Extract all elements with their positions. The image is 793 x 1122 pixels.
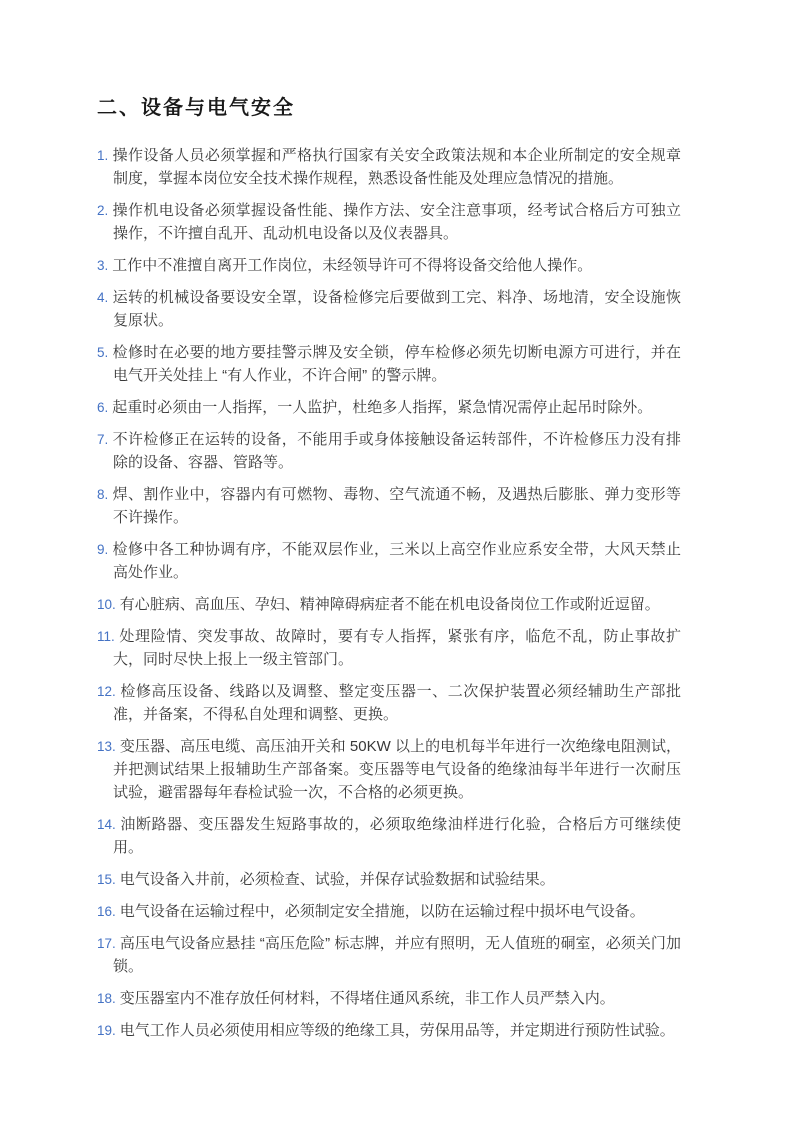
section-title: 二、设备与电气安全 [97, 95, 793, 121]
list-item: 16.电气设备在运输过程中，必须制定安全措施，以防在运输过程中损坏电气设备。 [97, 900, 681, 923]
item-number: 14. [97, 817, 116, 832]
item-number: 11. [97, 629, 115, 644]
item-number: 17. [97, 936, 116, 951]
list-item: 19.电气工作人员必须使用相应等级的绝缘工具，劳保用品等，并定期进行预防性试验。 [97, 1019, 681, 1042]
document-page: 二、设备与电气安全 1.操作设备人员必须掌握和严格执行国家有关安全政策法规和本企… [0, 0, 793, 1122]
item-text: 起重时必须由一人指挥，一人监护，杜绝多人指挥，紧急情况需停止起吊时除外。 [112, 399, 652, 416]
item-text: 变压器室内不准存放任何材料，不得堵住通风系统，非工作人员严禁入内。 [120, 990, 615, 1007]
item-text: 处理险情、突发事故、故障时，要有专人指挥，紧张有序，临危不乱，防止事故扩大，同时… [113, 628, 681, 668]
item-number: 7. [97, 432, 108, 447]
item-text: 电气设备在运输过程中，必须制定安全措施，以防在运输过程中损坏电气设备。 [120, 903, 645, 920]
item-number: 13. [97, 739, 116, 754]
item-number: 1. [97, 148, 108, 163]
item-text: 高压电气设备应悬挂 “高压危险” 标志牌，并应有照明，无人值班的硐室，必须关门加… [113, 935, 681, 975]
list-item: 14.油断路器、变压器发生短路事故的，必须取绝缘油样进行化验，合格后方可继续使用… [97, 813, 681, 859]
item-number: 5. [97, 345, 108, 360]
item-text: 电气设备入井前，必须检查、试验，并保存试验数据和试验结果。 [120, 871, 555, 888]
list-item: 9.检修中各工种协调有序，不能双层作业，三米以上高空作业应系安全带，大风天禁止高… [97, 538, 681, 584]
list-item: 2.操作机电设备必须掌握设备性能、操作方法、安全注意事项，经考试合格后方可独立操… [97, 199, 681, 245]
item-text: 操作机电设备必须掌握设备性能、操作方法、安全注意事项，经考试合格后方可独立操作，… [112, 202, 681, 242]
list-item: 8.焊、割作业中，容器内有可燃物、毒物、空气流通不畅，及遇热后膨胀、弹力变形等不… [97, 483, 681, 529]
item-text: 电气工作人员必须使用相应等级的绝缘工具，劳保用品等，并定期进行预防性试验。 [120, 1022, 675, 1039]
item-text: 检修时在必要的地方要挂警示牌及安全锁，停车检修必须先切断电源方可进行，并在电气开… [112, 344, 681, 384]
item-number: 19. [97, 1023, 116, 1038]
list-item: 12.检修高压设备、线路以及调整、整定变压器一、二次保护装置必须经辅助生产部批准… [97, 680, 681, 726]
item-number: 6. [97, 400, 108, 415]
list-item: 11.处理险情、突发事故、故障时，要有专人指挥，紧张有序，临危不乱，防止事故扩大… [97, 625, 681, 671]
item-text: 焊、割作业中，容器内有可燃物、毒物、空气流通不畅，及遇热后膨胀、弹力变形等不许操… [112, 486, 681, 526]
item-number: 18. [97, 991, 116, 1006]
item-text: 工作中不准擅自离开工作岗位，未经领导许可不得将设备交给他人操作。 [112, 257, 592, 274]
list-item: 6.起重时必须由一人指挥，一人监护，杜绝多人指挥，紧急情况需停止起吊时除外。 [97, 396, 681, 419]
item-text: 操作设备人员必须掌握和严格执行国家有关安全政策法规和本企业所制定的安全规章制度，… [112, 147, 681, 187]
item-number: 9. [97, 542, 108, 557]
item-number: 16. [97, 904, 116, 919]
list-item: 4.运转的机械设备要设安全罩，设备检修完后要做到工完、料净、场地清，安全设施恢复… [97, 286, 681, 332]
item-text: 检修高压设备、线路以及调整、整定变压器一、二次保护装置必须经辅助生产部批准，并备… [113, 683, 681, 723]
list-item: 1.操作设备人员必须掌握和严格执行国家有关安全政策法规和本企业所制定的安全规章制… [97, 144, 681, 190]
list-item: 10.有心脏病、高血压、孕妇、精神障碍病症者不能在机电设备岗位工作或附近逗留。 [97, 593, 681, 616]
list-item: 3.工作中不准擅自离开工作岗位，未经领导许可不得将设备交给他人操作。 [97, 254, 681, 277]
item-text: 油断路器、变压器发生短路事故的，必须取绝缘油样进行化验，合格后方可继续使用。 [113, 816, 681, 856]
item-number: 4. [97, 290, 108, 305]
item-text: 变压器、高压电缆、高压油开关和 50KW 以上的电机每半年进行一次绝缘电阻测试，… [113, 738, 681, 801]
item-text: 运转的机械设备要设安全罩，设备检修完后要做到工完、料净、场地清，安全设施恢复原状… [112, 289, 681, 329]
item-text: 有心脏病、高血压、孕妇、精神障碍病症者不能在机电设备岗位工作或附近逗留。 [120, 596, 660, 613]
list-item: 15.电气设备入井前，必须检查、试验，并保存试验数据和试验结果。 [97, 868, 681, 891]
list-item: 17.高压电气设备应悬挂 “高压危险” 标志牌，并应有照明，无人值班的硐室，必须… [97, 932, 681, 978]
item-number: 8. [97, 487, 108, 502]
list-item: 7.不许检修正在运转的设备，不能用手或身体接触设备运转部件，不许检修压力没有排除… [97, 428, 681, 474]
numbered-list: 1.操作设备人员必须掌握和严格执行国家有关安全政策法规和本企业所制定的安全规章制… [97, 144, 681, 1042]
item-text: 不许检修正在运转的设备，不能用手或身体接触设备运转部件，不许检修压力没有排除的设… [112, 431, 681, 471]
item-text: 检修中各工种协调有序，不能双层作业，三米以上高空作业应系安全带，大风天禁止高处作… [112, 541, 681, 581]
list-item: 5.检修时在必要的地方要挂警示牌及安全锁，停车检修必须先切断电源方可进行，并在电… [97, 341, 681, 387]
item-number: 12. [97, 684, 116, 699]
list-item: 13.变压器、高压电缆、高压油开关和 50KW 以上的电机每半年进行一次绝缘电阻… [97, 735, 681, 804]
list-item: 18.变压器室内不准存放任何材料，不得堵住通风系统，非工作人员严禁入内。 [97, 987, 681, 1010]
item-number: 10. [97, 597, 116, 612]
item-number: 2. [97, 203, 108, 218]
item-number: 15. [97, 872, 116, 887]
item-number: 3. [97, 258, 108, 273]
